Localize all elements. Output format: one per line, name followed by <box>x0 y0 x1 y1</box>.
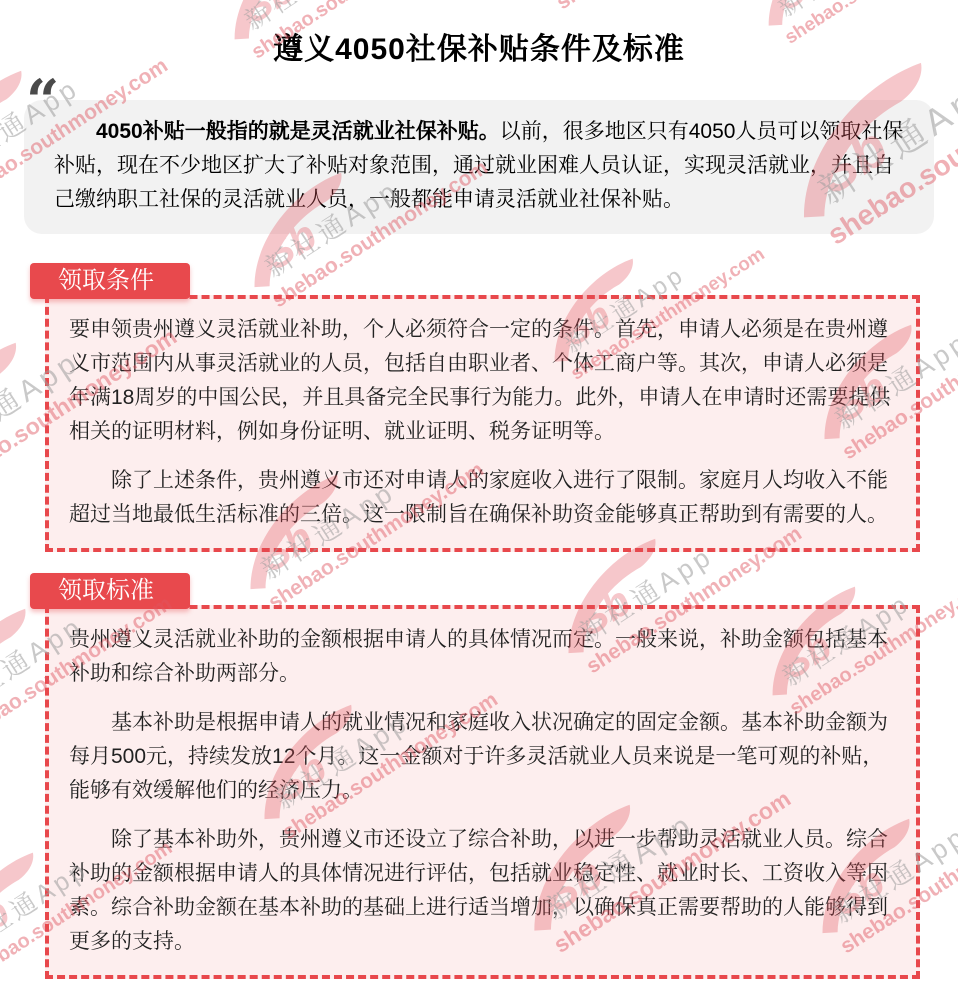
section-label-text: 领取条件 <box>58 267 154 294</box>
conditions-box: 要申领贵州遵义灵活就业补助，个人必须符合一定的条件。首先，申请人必须是在贵州遵义… <box>45 295 920 552</box>
intro-paragraph: 4050补贴一般指的就是灵活就业社保补贴。以前，很多地区只有4050人员可以领取… <box>54 115 904 217</box>
standards-paragraph-1: 贵州遵义灵活就业补助的金额根据申请人的具体情况而定。一般来说，补助金额包括基本补… <box>69 623 896 691</box>
section-conditions: 领取条件 要申领贵州遵义灵活就业补助，个人必须符合一定的条件。首先，申请人必须是… <box>0 263 958 552</box>
standards-box: 贵州遵义灵活就业补助的金额根据申请人的具体情况而定。一般来说，补助金额包括基本补… <box>45 605 920 979</box>
intro-card: 4050补贴一般指的就是灵活就业社保补贴。以前，很多地区只有4050人员可以领取… <box>24 100 934 234</box>
section-standards: 领取标准 贵州遵义灵活就业补助的金额根据申请人的具体情况而定。一般来说，补助金额… <box>0 573 958 979</box>
section-label-conditions: 领取条件 <box>30 263 190 299</box>
page-title: 遵义4050社保补贴条件及标准 <box>0 0 958 68</box>
section-label-standards: 领取标准 <box>30 573 190 609</box>
standards-paragraph-3: 除了基本补助外，贵州遵义市还设立了综合补助，以进一步帮助灵活就业人员。综合补助的… <box>69 823 896 959</box>
conditions-paragraph-1: 要申领贵州遵义灵活就业补助，个人必须符合一定的条件。首先，申请人必须是在贵州遵义… <box>69 313 896 449</box>
standards-paragraph-2: 基本补助是根据申请人的就业情况和家庭收入状况确定的固定金额。基本补助金额为每月5… <box>69 706 896 808</box>
intro-lead-bold: 4050补贴一般指的就是灵活就业社保补贴。 <box>96 120 500 143</box>
section-label-text: 领取标准 <box>58 577 154 604</box>
quote-icon: “ <box>26 72 59 130</box>
conditions-paragraph-2: 除了上述条件，贵州遵义市还对申请人的家庭收入进行了限制。家庭月人均收入不能超过当… <box>69 464 896 532</box>
article-page: 遵义4050社保补贴条件及标准 “ 4050补贴一般指的就是灵活就业社保补贴。以… <box>0 0 958 1006</box>
